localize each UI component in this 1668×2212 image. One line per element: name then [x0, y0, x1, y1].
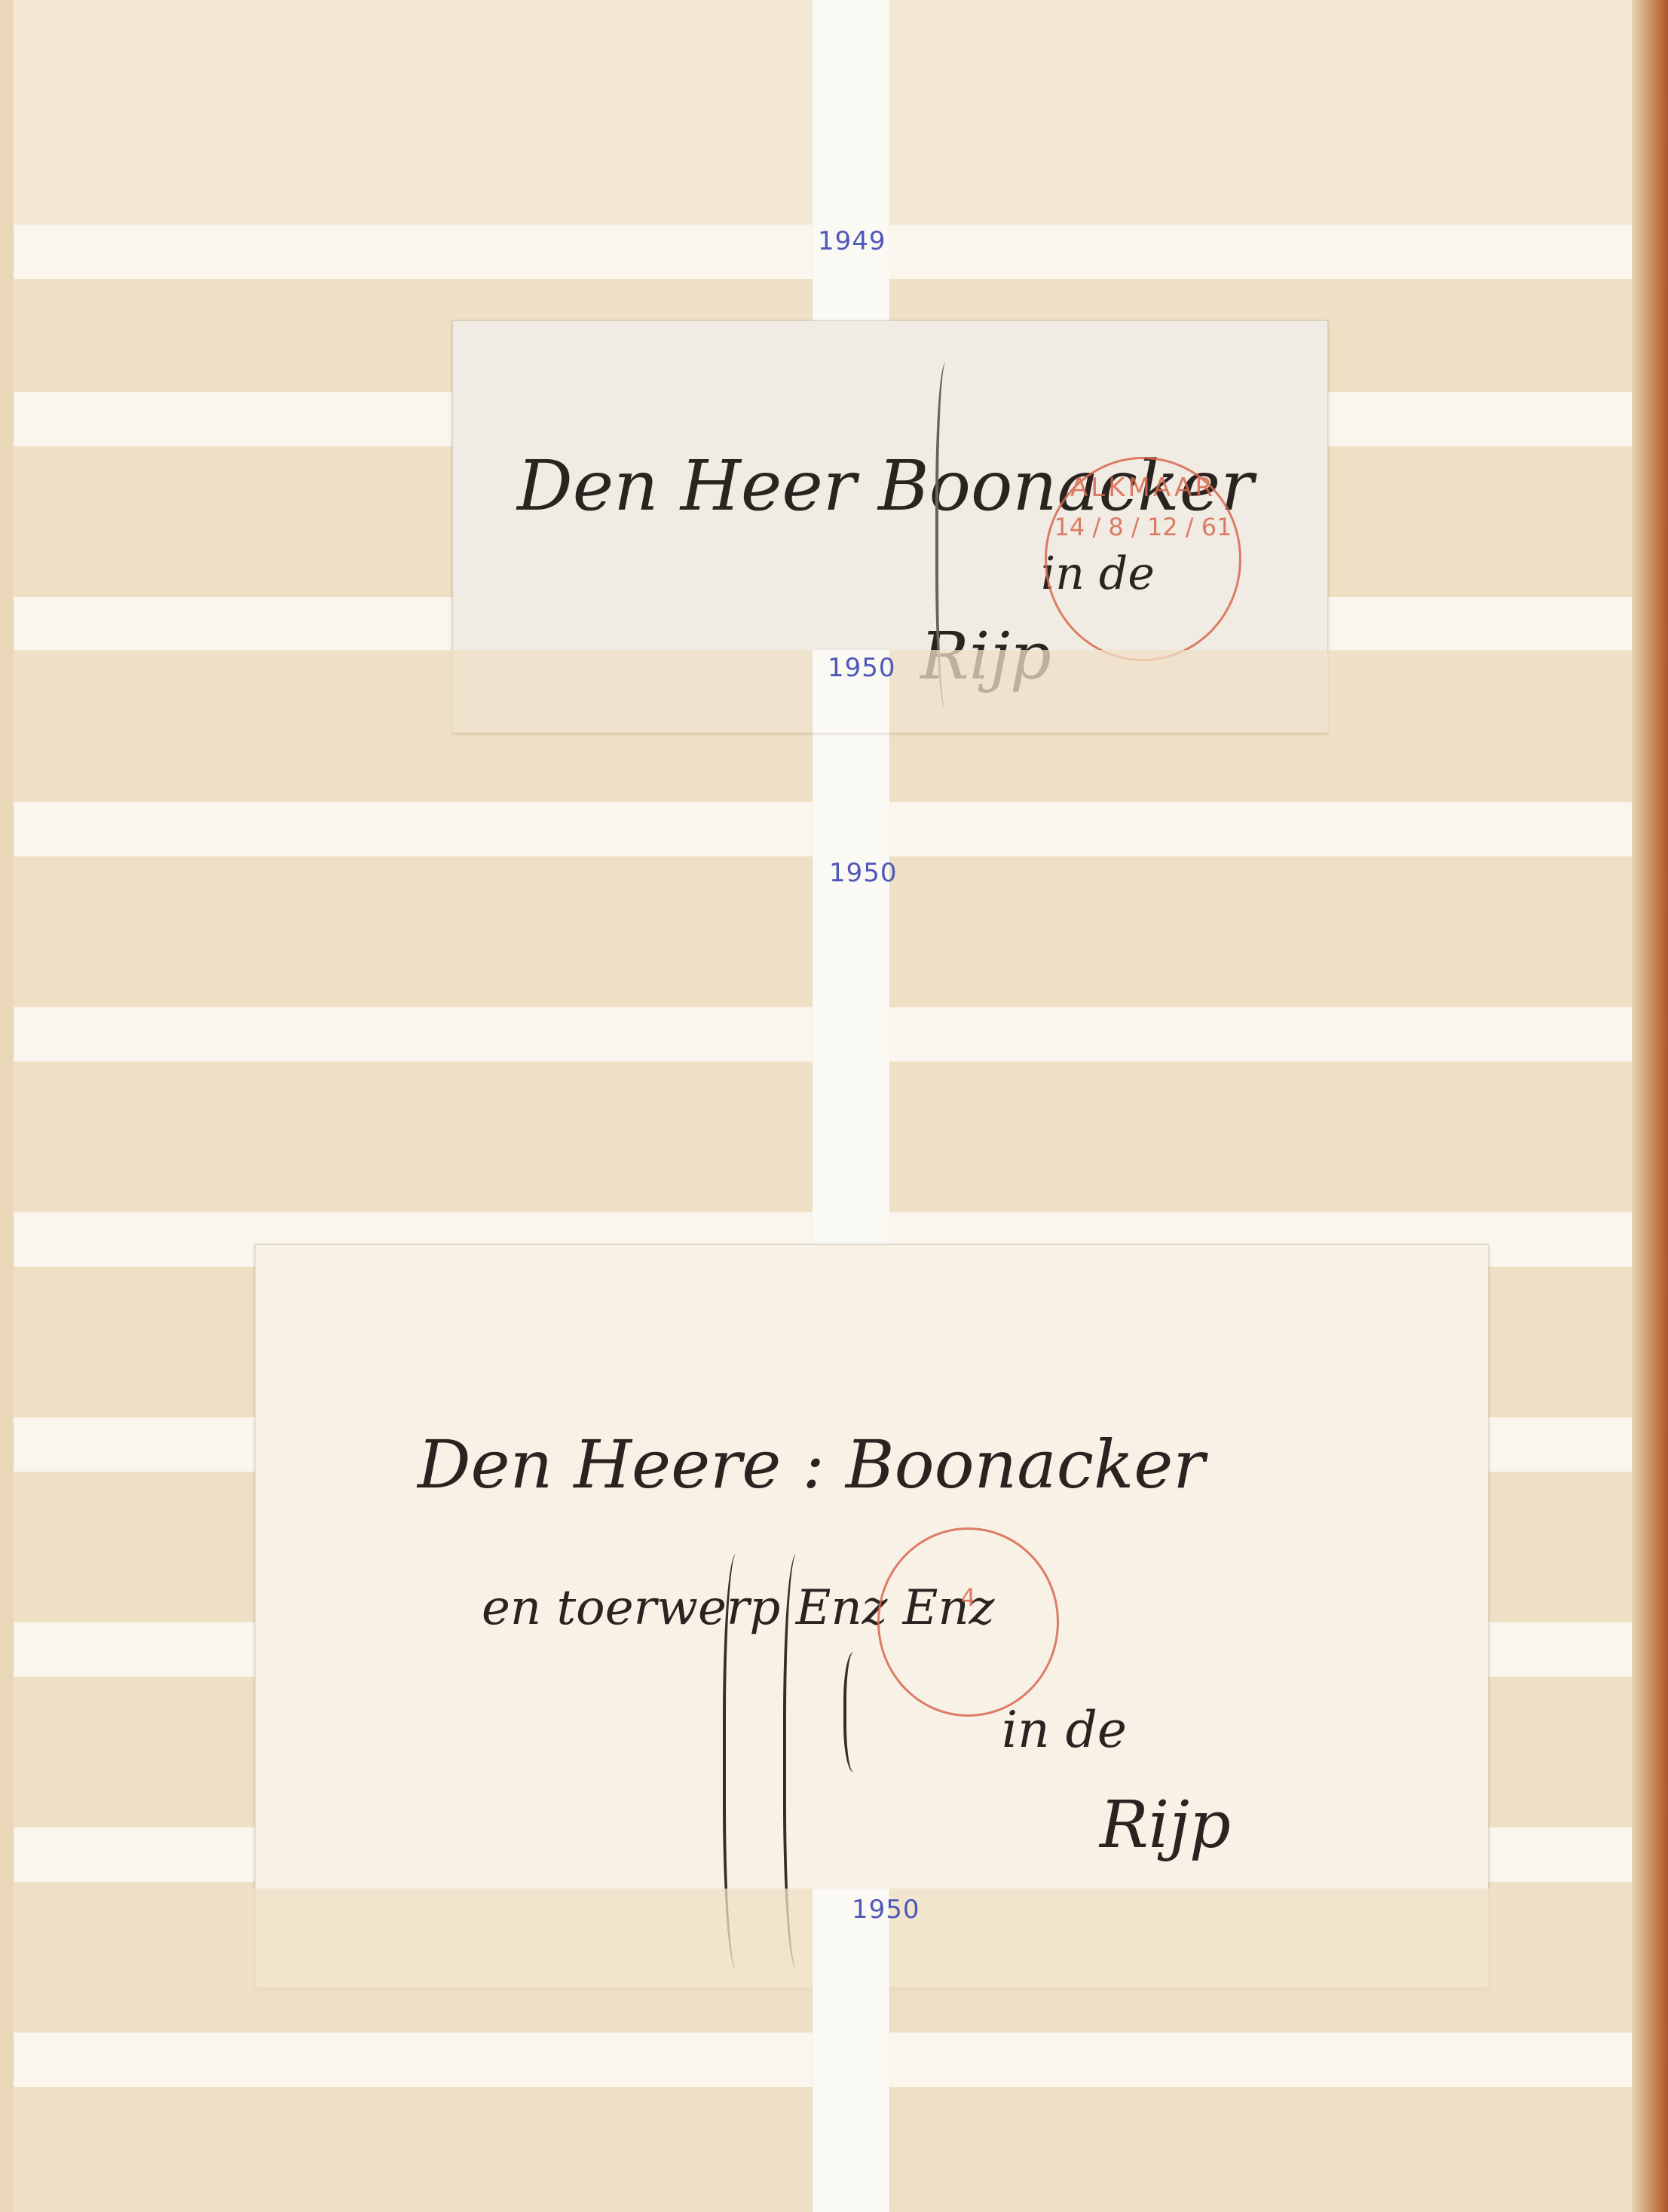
cover-address-line: Rijp [1100, 1788, 1231, 1863]
postmark-town: ALKMAAR [1047, 473, 1239, 503]
center-divider-strip [813, 1889, 889, 2212]
manuscript-rate-mark [843, 1652, 869, 1772]
postmark: 4 [877, 1527, 1059, 1717]
page-left-edge [0, 0, 14, 2212]
stockbook-page: 1949 Den Heer Boonacker in de Rijp ALKMA… [0, 0, 1668, 2212]
year-label: 1950 [828, 653, 896, 683]
postmark-date: 4 [880, 1582, 1057, 1613]
postmark: ALKMAAR 14 / 8 / 12 / 61 [1045, 457, 1241, 661]
year-label: 1949 [818, 226, 886, 256]
album-binding-edge [1632, 0, 1668, 2212]
cover-address-line: in de [1002, 1701, 1127, 1759]
letter-cover-2: Den Heere : Boonacker en toerwerp Enz En… [255, 1244, 1489, 1988]
year-label: 1950 [829, 858, 898, 888]
year-label: 1950 [852, 1895, 920, 1925]
postmark-date: 14 / 8 / 12 / 61 [1047, 512, 1239, 542]
cover-address-line: Den Heere : Boonacker [418, 1426, 1204, 1503]
